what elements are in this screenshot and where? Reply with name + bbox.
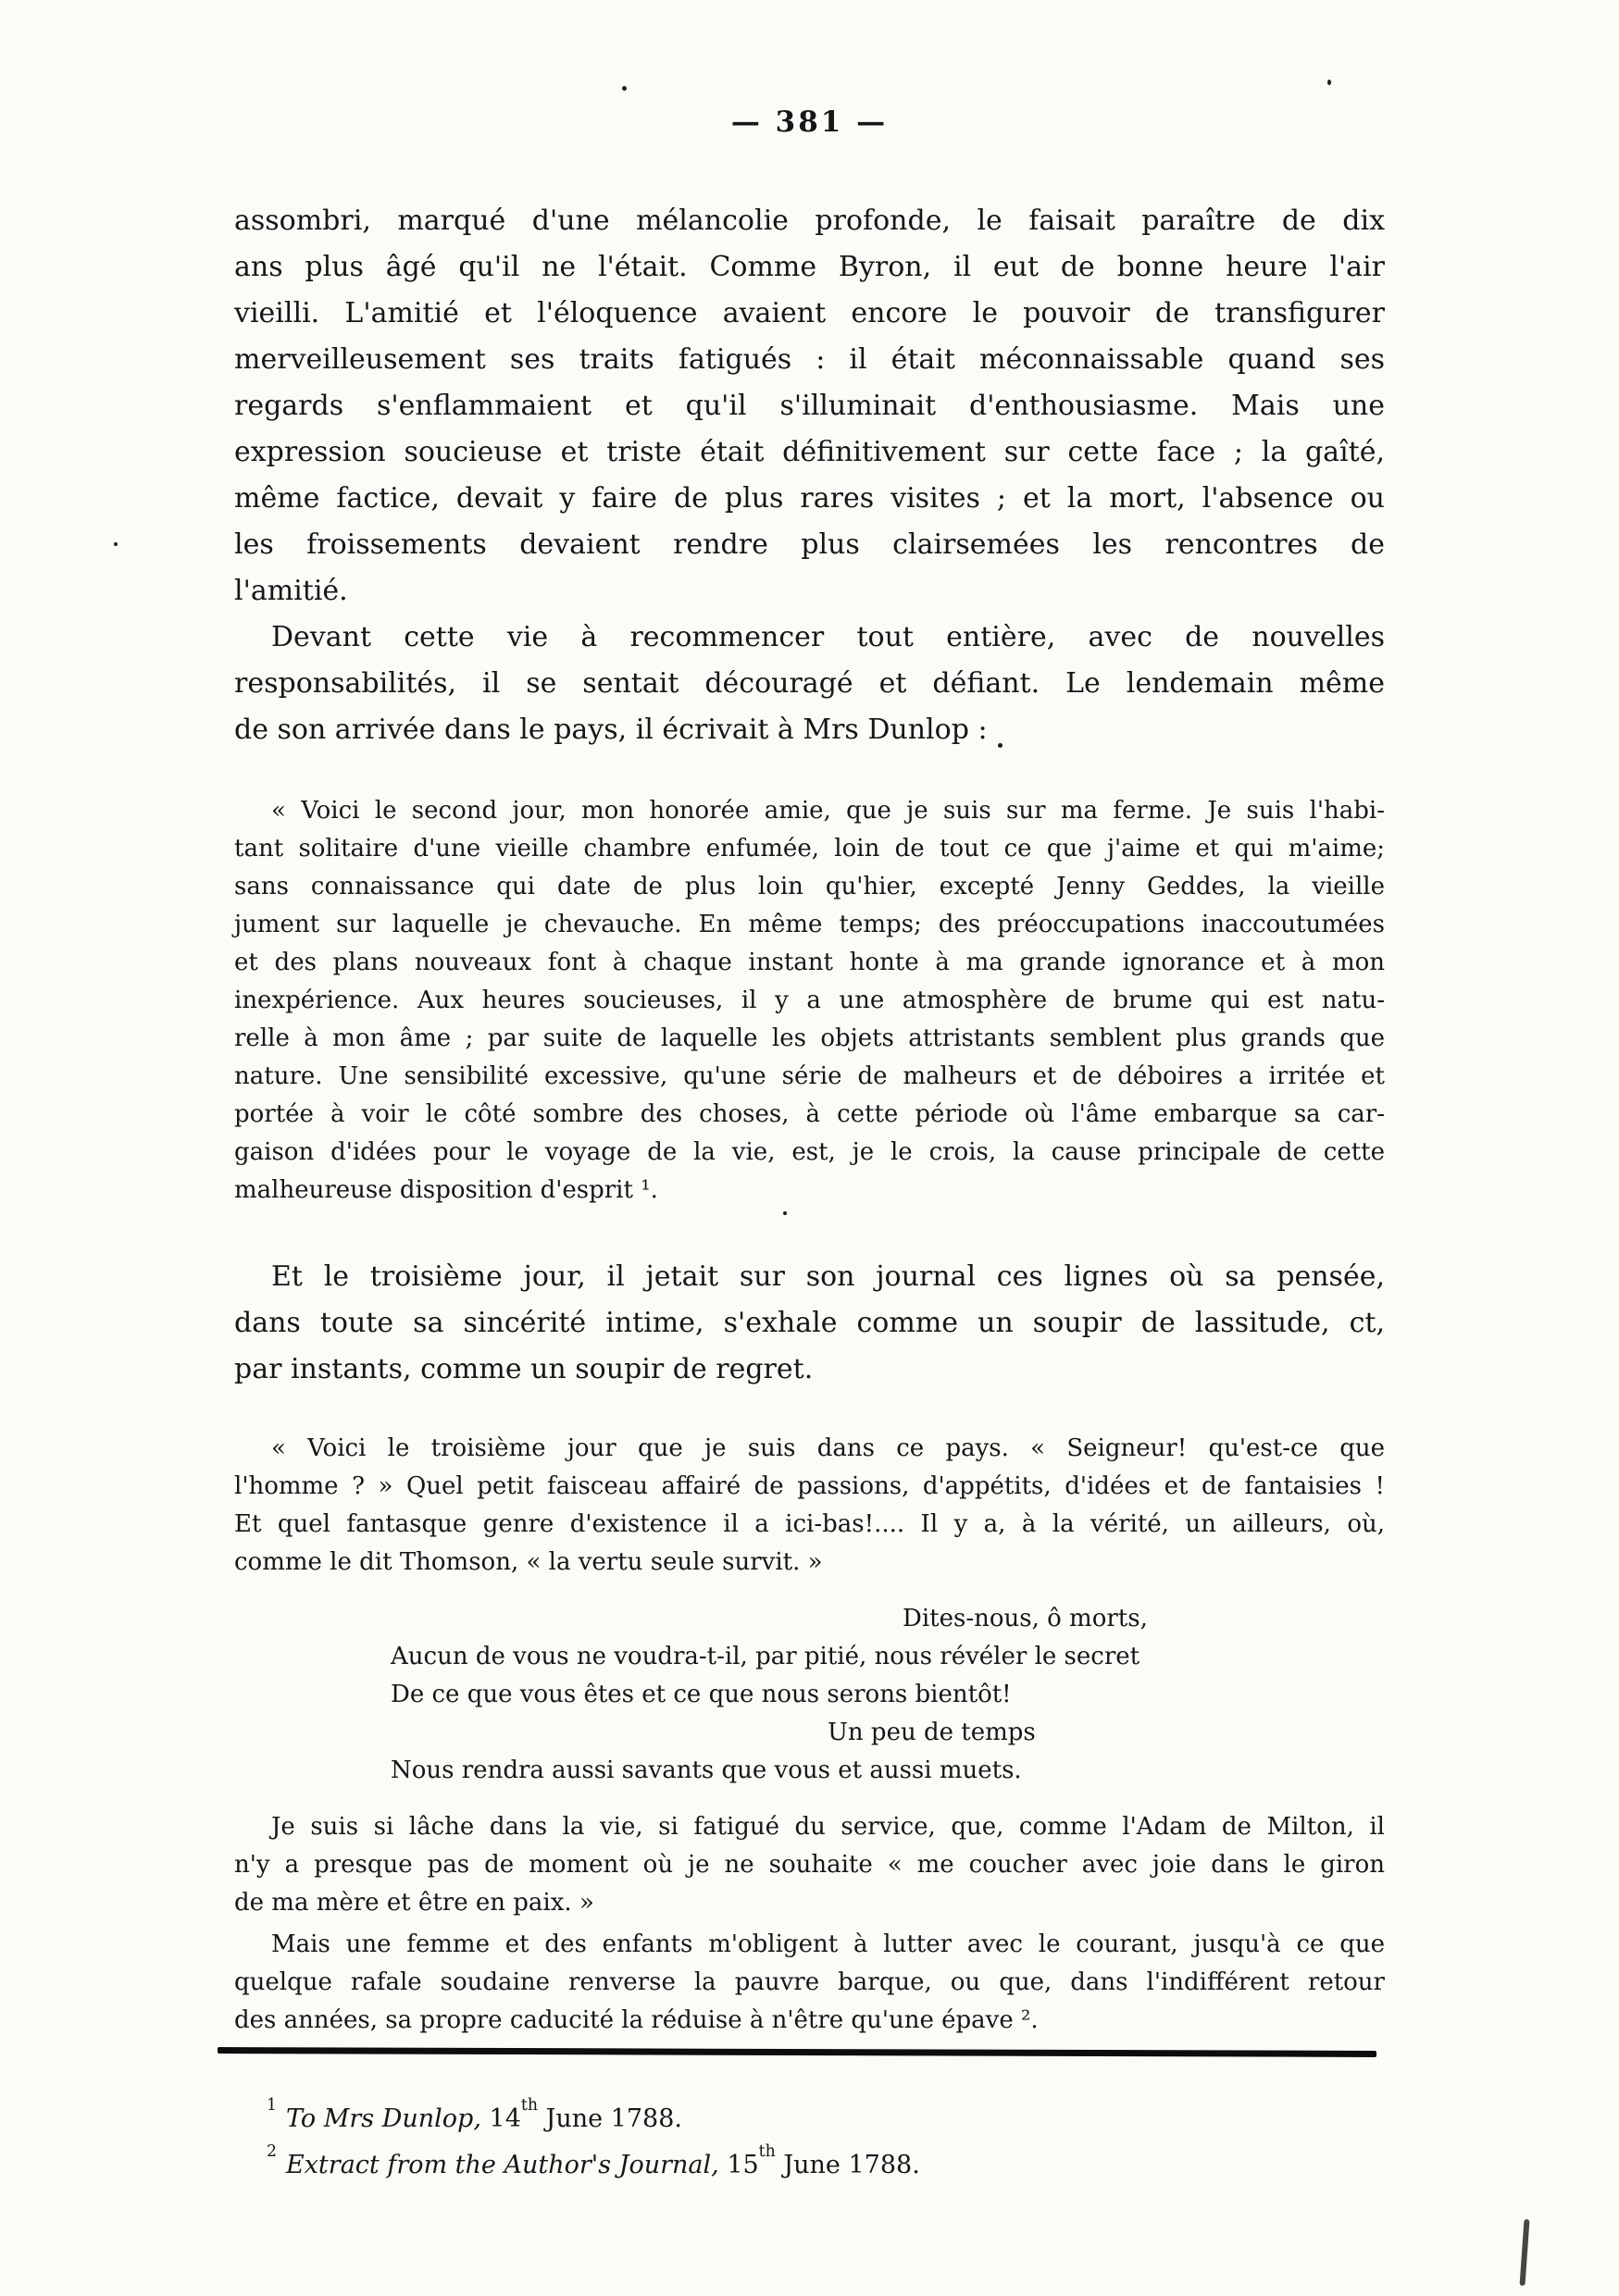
verse-line-5: Nous rendra aussi savants que vous et au… — [391, 1752, 1385, 1790]
verse-block: Dites-nous, ô morts, Aucun de vous ne vo… — [234, 1600, 1385, 1790]
footnote-separator — [218, 2047, 1376, 2057]
text-line: « Voici le second jour, mon honorée amie… — [234, 792, 1385, 830]
text-column: — 381 — assombri, marqué d'une mélancoli… — [234, 0, 1385, 2189]
footnote-2-date: June 1788. — [776, 2151, 920, 2179]
verse-line-2: Aucun de vous ne voudra-t-il, par pitié,… — [391, 1638, 1385, 1676]
footnote-1: 1To Mrs Dunlop, 14th June 1788. — [267, 2096, 1385, 2142]
text-line: gaison d'idées pour le voyage de la vie,… — [234, 1134, 1385, 1172]
text-line: n'y a presque pas de moment où je ne sou… — [234, 1846, 1385, 1884]
footnote-2-source: Extract from the Author's Journal, — [286, 2151, 719, 2179]
scan-smudge — [1519, 2219, 1529, 2286]
footnotes: 1To Mrs Dunlop, 14th June 1788. 2Extract… — [234, 2096, 1385, 2189]
text-line: « Voici le troisième jour que je suis da… — [234, 1430, 1385, 1468]
footnote-2: 2Extract from the Author's Journal, 15th… — [267, 2142, 1385, 2189]
text-line: Mais une femme et des enfants m'obligent… — [234, 1926, 1385, 1964]
text-line: de ma mère et être en paix. » — [234, 1884, 1385, 1922]
paragraph-2: Devant cette vie à recommencer tout enti… — [234, 614, 1385, 753]
text-line: de son arrivée dans le pays, il écrivait… — [234, 707, 1385, 753]
journal-quote-block-1: « Voici le troisième jour que je suis da… — [234, 1430, 1385, 1582]
verse-line-1: Dites-nous, ô morts, — [903, 1600, 1385, 1638]
text-line: inexpérience. Aux heures soucieuses, il … — [234, 982, 1385, 1020]
verse-line-3: De ce que vous êtes et ce que nous seron… — [391, 1676, 1385, 1714]
text-line: l'amitié. — [234, 568, 1385, 614]
journal-quote-block-2: Je suis si lâche dans la vie, si fatigué… — [234, 1808, 1385, 1922]
footnote-1-day: 14 — [490, 2104, 521, 2133]
text-line: merveilleusement ses traits fatigués : i… — [234, 337, 1385, 383]
page-number: — 381 — — [234, 0, 1385, 143]
text-line: même factice, devait y faire de plus rar… — [234, 476, 1385, 522]
scan-speck — [114, 542, 118, 546]
text-line: les froissements devaient rendre plus cl… — [234, 522, 1385, 568]
text-line: Et le troisième jour, il jetait sur son … — [234, 1254, 1385, 1300]
text-line: portée à voir le côté sombre des choses,… — [234, 1096, 1385, 1134]
text-line: comme le dit Thomson, « la vertu seule s… — [234, 1544, 1385, 1582]
footnote-1-source: To Mrs Dunlop, — [286, 2104, 481, 2133]
text-line: dans toute sa sincérité intime, s'exhale… — [234, 1300, 1385, 1347]
scan-speck — [998, 743, 1003, 748]
text-line: malheureuse disposition d'esprit ¹. — [234, 1172, 1385, 1210]
footnote-2-day: 15 — [727, 2151, 758, 2179]
text-line: Je suis si lâche dans la vie, si fatigué… — [234, 1808, 1385, 1846]
text-line: ans plus âgé qu'il ne l'était. Comme Byr… — [234, 244, 1385, 291]
text-line: relle à mon âme ; par suite de laquelle … — [234, 1020, 1385, 1058]
text-line: l'homme ? » Quel petit faisceau affairé … — [234, 1468, 1385, 1506]
text-line: sans connaissance qui date de plus loin … — [234, 868, 1385, 906]
footnote-1-marker: 1 — [267, 2096, 277, 2115]
paragraph-1: assombri, marqué d'une mélancolie profon… — [234, 198, 1385, 614]
text-line: responsabilités, il se sentait découragé… — [234, 661, 1385, 707]
text-line: assombri, marqué d'une mélancolie profon… — [234, 198, 1385, 244]
scan-speck — [783, 1211, 787, 1215]
verse-line-4: Un peu de temps — [828, 1714, 1385, 1752]
text-line: regards s'enflammaient et qu'il s'illumi… — [234, 383, 1385, 429]
footnote-1-date: June 1788. — [538, 2104, 682, 2133]
text-line: quelque rafale soudaine renverse la pauv… — [234, 1964, 1385, 2002]
journal-quote-block-3: Mais une femme et des enfants m'obligent… — [234, 1926, 1385, 2040]
text-line: et des plans nouveaux font à chaque inst… — [234, 944, 1385, 982]
text-line: vieilli. L'amitié et l'éloquence avaient… — [234, 291, 1385, 337]
scan-speck — [622, 86, 627, 91]
book-page: — 381 — assombri, marqué d'une mélancoli… — [0, 0, 1619, 2296]
scan-speck — [1327, 80, 1331, 85]
text-line: jument sur laquelle je chevauche. En mêm… — [234, 906, 1385, 944]
text-line: tant solitaire d'une vieille chambre enf… — [234, 830, 1385, 868]
footnote-1-ordinal: th — [521, 2096, 538, 2115]
text-line: expression soucieuse et triste était déf… — [234, 429, 1385, 476]
text-line: Et quel fantasque genre d'existence il a… — [234, 1506, 1385, 1544]
letter-quote-block: « Voici le second jour, mon honorée amie… — [234, 792, 1385, 1210]
footnote-2-ordinal: th — [759, 2142, 776, 2161]
text-line: par instants, comme un soupir de regret. — [234, 1347, 1385, 1393]
paragraph-3: Et le troisième jour, il jetait sur son … — [234, 1254, 1385, 1393]
text-line: nature. Une sensibilité excessive, qu'un… — [234, 1058, 1385, 1096]
footnote-2-marker: 2 — [267, 2142, 277, 2161]
text-line: Devant cette vie à recommencer tout enti… — [234, 614, 1385, 661]
text-line: des années, sa propre caducité la réduis… — [234, 2002, 1385, 2040]
